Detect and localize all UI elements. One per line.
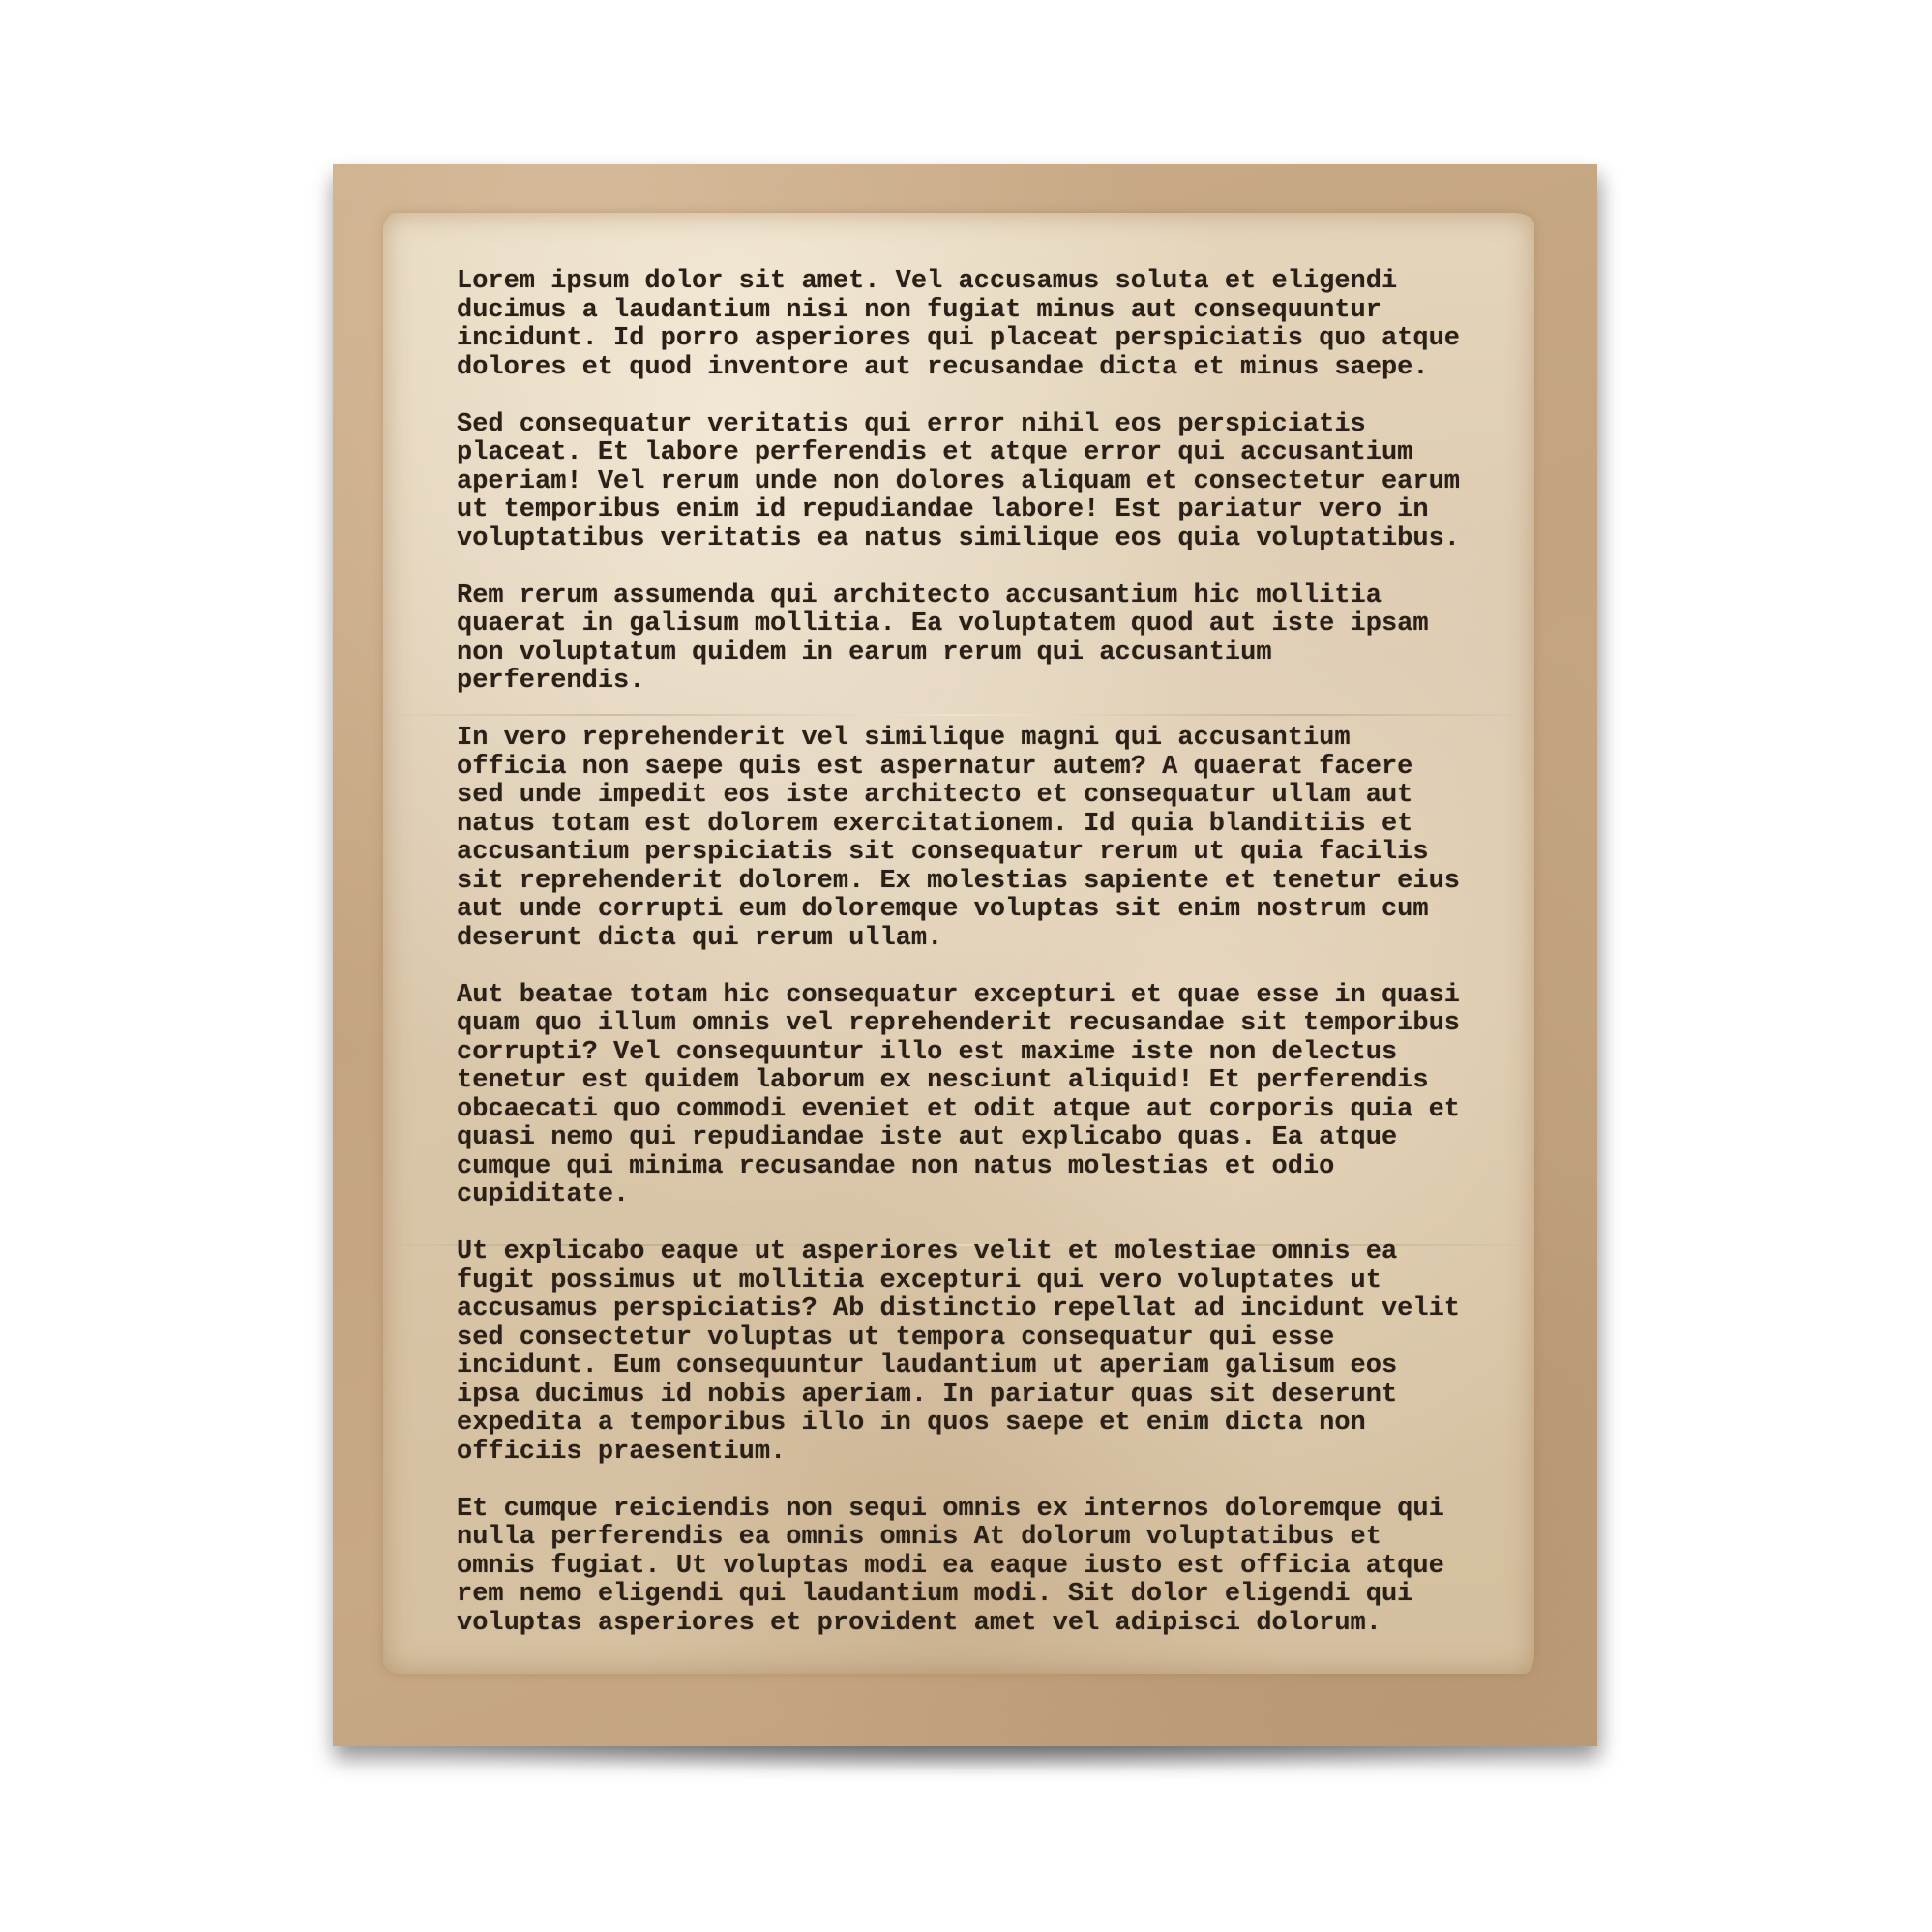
- text-line: perferendis.: [457, 668, 1550, 697]
- text-line: cumque qui minima recusandae non natus m…: [457, 1153, 1550, 1182]
- text-line: deserunt dicta qui rerum ullam.: [457, 925, 1550, 954]
- text-line: In vero reprehenderit vel similique magn…: [457, 725, 1550, 754]
- text-line: aut unde corrupti eum doloremque volupta…: [457, 896, 1550, 925]
- text-line: incidunt. Id porro asperiores qui placea…: [457, 325, 1550, 354]
- text-line: ipsa ducimus id nobis aperiam. In pariat…: [457, 1382, 1550, 1411]
- text-line: aperiam! Vel rerum unde non dolores aliq…: [457, 468, 1550, 497]
- text-line: tenetur est quidem laborum ex nesciunt a…: [457, 1067, 1550, 1096]
- paragraph-3: Rem rerum assumenda qui architecto accus…: [457, 582, 1550, 697]
- text-line: fugit possimus ut mollitia excepturi qui…: [457, 1267, 1550, 1296]
- text-line: rem nemo eligendi qui laudantium modi. S…: [457, 1581, 1550, 1610]
- text-line: non voluptatum quidem in earum rerum qui…: [457, 639, 1550, 669]
- text-line: nulla perferendis ea omnis omnis At dolo…: [457, 1524, 1550, 1553]
- text-line: quam quo illum omnis vel reprehenderit r…: [457, 1010, 1550, 1039]
- text-line: placeat. Et labore perferendis et atque …: [457, 439, 1550, 468]
- text-line: cupiditate.: [457, 1181, 1550, 1210]
- text-line: ducimus a laudantium nisi non fugiat min…: [457, 297, 1550, 326]
- text-line: Sed consequatur veritatis qui error nihi…: [457, 411, 1550, 440]
- text-line: expedita a temporibus illo in quos saepe…: [457, 1410, 1550, 1439]
- text-line: natus totam est dolorem exercitationem. …: [457, 811, 1550, 840]
- text-line: Lorem ipsum dolor sit amet. Vel accusamu…: [457, 268, 1550, 297]
- text-line: corrupti? Vel consequuntur illo est maxi…: [457, 1039, 1550, 1068]
- text-line: voluptas asperiores et provident amet ve…: [457, 1610, 1550, 1639]
- text-line: incidunt. Eum consequuntur laudantium ut…: [457, 1352, 1550, 1382]
- text-line: quaerat in galisum mollitia. Ea voluptat…: [457, 610, 1550, 639]
- text-line: officiis praesentium.: [457, 1439, 1550, 1468]
- text-line: Aut beatae totam hic consequatur exceptu…: [457, 982, 1550, 1011]
- text-line: obcaecati quo commodi eveniet et odit at…: [457, 1096, 1550, 1125]
- paragraph-1: Lorem ipsum dolor sit amet. Vel accusamu…: [457, 268, 1550, 382]
- text-line: officia non saepe quis est aspernatur au…: [457, 754, 1550, 783]
- text-line: accusamus perspiciatis? Ab distinctio re…: [457, 1295, 1550, 1324]
- text-line: quasi nemo qui repudiandae iste aut expl…: [457, 1124, 1550, 1153]
- paragraph-4: In vero reprehenderit vel similique magn…: [457, 725, 1550, 953]
- text-line: Et cumque reiciendis non sequi omnis ex …: [457, 1496, 1550, 1525]
- text-line: sed consectetur voluptas ut tempora cons…: [457, 1324, 1550, 1353]
- text-line: Rem rerum assumenda qui architecto accus…: [457, 582, 1550, 611]
- text-line: omnis fugiat. Ut voluptas modi ea eaque …: [457, 1553, 1550, 1582]
- text-line: ut temporibus enim id repudiandae labore…: [457, 496, 1550, 525]
- paragraph-6: Ut explicabo eaque ut asperiores velit e…: [457, 1238, 1550, 1467]
- paragraph-2: Sed consequatur veritatis qui error nihi…: [457, 411, 1550, 554]
- text-line: sed unde impedit eos iste architecto et …: [457, 782, 1550, 811]
- text-line: sit reprehenderit dolorem. Ex molestias …: [457, 868, 1550, 897]
- text-line: voluptatibus veritatis ea natus similiqu…: [457, 525, 1550, 554]
- typewritten-letter-body: Lorem ipsum dolor sit amet. Vel accusamu…: [457, 268, 1550, 1667]
- text-line: accusantium perspiciatis sit consequatur…: [457, 839, 1550, 868]
- paragraph-7: Et cumque reiciendis non sequi omnis ex …: [457, 1496, 1550, 1639]
- text-line: dolores et quod inventore aut recusandae…: [457, 354, 1550, 383]
- text-line: Ut explicabo eaque ut asperiores velit e…: [457, 1238, 1550, 1267]
- paragraph-5: Aut beatae totam hic consequatur exceptu…: [457, 982, 1550, 1210]
